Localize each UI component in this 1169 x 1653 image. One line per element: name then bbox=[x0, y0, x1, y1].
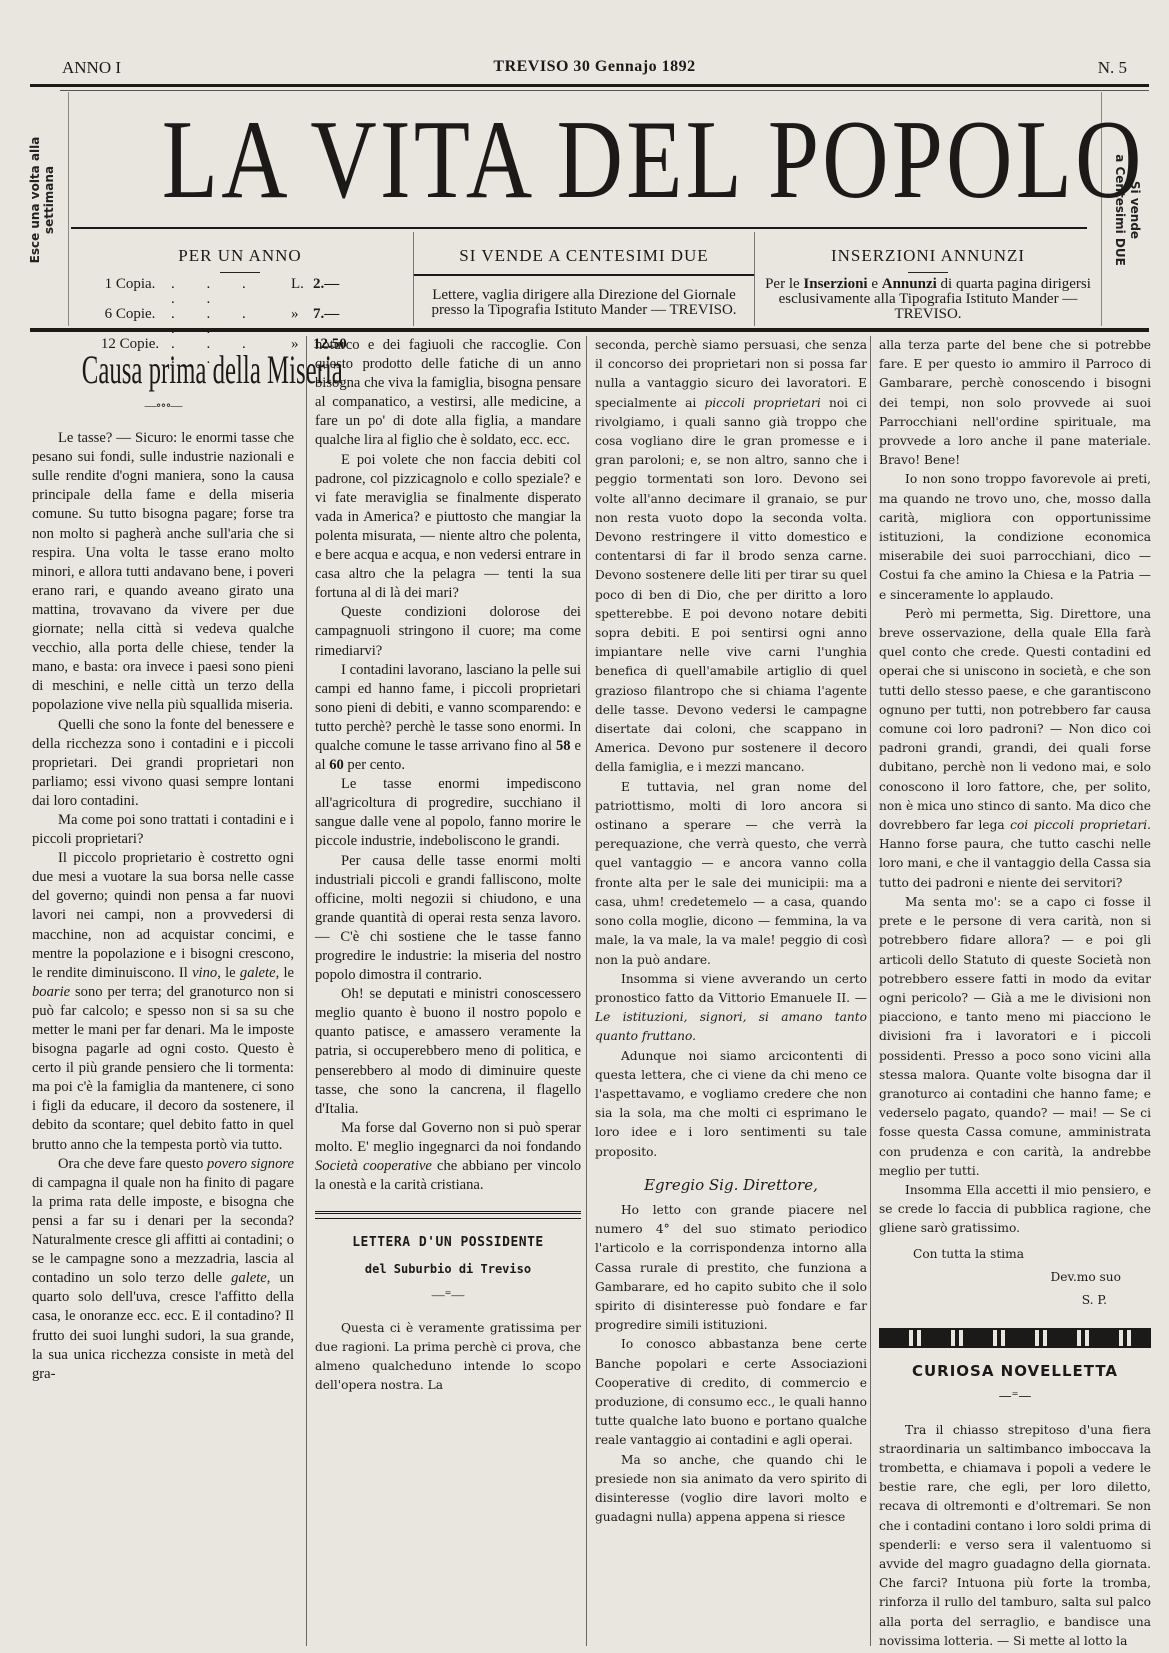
ornament-rule bbox=[220, 272, 260, 273]
paragraph: noturco e dei fagiuoli che raccoglie. Co… bbox=[315, 336, 581, 451]
paragraph: Insomma Ella accetti il mio pensiero, e … bbox=[879, 1181, 1151, 1239]
paragraph: Io non sono troppo favorevole ai preti, … bbox=[879, 470, 1151, 604]
paragraph: Tra il chiasso strepitoso d'una fiera st… bbox=[879, 1421, 1151, 1651]
ornament: —⁼— bbox=[879, 1387, 1151, 1406]
subscription-heading: PER UN ANNO bbox=[69, 246, 411, 266]
paragraph: Ma forse dal Governo non si può sperar m… bbox=[315, 1119, 581, 1195]
masthead-bottom-rule bbox=[30, 328, 1149, 332]
letter-subtitle: del Suburbio di Treviso bbox=[315, 1260, 581, 1279]
paragraph: E poi volete che non faccia debiti col p… bbox=[315, 451, 581, 604]
paragraph: Ma so anche, che quando chi le presiede … bbox=[595, 1451, 867, 1528]
column-2: noturco e dei fagiuoli che raccoglie. Co… bbox=[306, 336, 581, 1646]
masthead-rule bbox=[71, 227, 1087, 229]
section-divider bbox=[315, 1211, 581, 1219]
signature-line: Dev.mo suo bbox=[879, 1268, 1151, 1287]
newspaper-page: ANNO I TREVISO 30 Gennajo 1892 N. 5 Esce… bbox=[0, 0, 1169, 1653]
paragraph: Però mi permetta, Sig. Direttore, una br… bbox=[879, 605, 1151, 893]
salutation: Egregio Sig. Direttore, bbox=[595, 1176, 867, 1195]
paragraph: Questa ci è veramente gratissima per due… bbox=[315, 1319, 581, 1395]
paragraph: Le tasse? — Sicuro: le enormi tasse che … bbox=[32, 429, 294, 715]
subscription-box: PER UN ANNO 1 Copia. . . . . . L. 2.— 6 … bbox=[69, 232, 411, 326]
letter-title: LETTERA D'UN POSSIDENTE bbox=[315, 1233, 581, 1252]
article-title: Causa prima della Miseria bbox=[82, 348, 244, 392]
top-rule bbox=[30, 84, 1149, 87]
issue-number: N. 5 bbox=[1098, 58, 1127, 78]
masthead: LA VITA DEL POPOLO PER UN ANNO 1 Copia. … bbox=[68, 92, 1102, 326]
price-row: 1 Copia. . . . . . L. 2.— bbox=[69, 277, 411, 307]
paragraph: Oh! se deputati e ministri conoscessero … bbox=[315, 985, 581, 1119]
closing: Con tutta la stima bbox=[879, 1245, 1151, 1264]
column-3: seconda, perchè siamo persuasi, che senz… bbox=[586, 336, 867, 1646]
paragraph: Ma come poi sono trattati i contadini e … bbox=[32, 811, 294, 849]
column-4: alla terza parte del bene che si potrebb… bbox=[870, 336, 1151, 1646]
top-rule-thin bbox=[60, 90, 1149, 91]
sale-heading: SI VENDE A CENTESIMI DUE bbox=[414, 246, 754, 276]
paragraph: E tuttavia, nel gran nome del patriottis… bbox=[595, 778, 867, 970]
paragraph: Ho letto con grande piacere nel numero 4… bbox=[595, 1201, 867, 1335]
sale-text: Lettere, vaglia dirigere alla Direzione … bbox=[414, 288, 754, 318]
sale-box: SI VENDE A CENTESIMI DUE Lettere, vaglia… bbox=[413, 232, 755, 326]
newspaper-title: LA VITA DEL POPOLO bbox=[162, 100, 1008, 220]
story-title: CURIOSA NOVELLETTA bbox=[879, 1362, 1151, 1381]
dateline: TREVISO 30 Gennajo 1892 bbox=[60, 58, 1129, 76]
ornament: —∘∘∘— bbox=[32, 396, 294, 415]
paragraph: Ma senta mo': se a capo ci fosse il pret… bbox=[879, 893, 1151, 1181]
paragraph: seconda, perchè siamo persuasi, che senz… bbox=[595, 336, 867, 778]
column-1: Causa prima della Miseria —∘∘∘— Le tasse… bbox=[32, 336, 294, 1646]
paragraph: Quelli che sono la fonte del benessere e… bbox=[32, 716, 294, 811]
dateline-bar: ANNO I TREVISO 30 Gennajo 1892 N. 5 bbox=[60, 58, 1129, 82]
ornament-rule bbox=[908, 272, 948, 273]
paragraph: Ora che deve fare questo povero signore … bbox=[32, 1155, 294, 1384]
paragraph: Il piccolo proprietario è costretto ogni… bbox=[32, 849, 294, 1155]
signature-initials: S. P. bbox=[879, 1291, 1151, 1310]
paragraph: Io conosco abbastanza bene certe Banche … bbox=[595, 1335, 867, 1450]
ornament: —⁼— bbox=[315, 1285, 581, 1304]
paragraph: Adunque noi siamo arcicontenti di questa… bbox=[595, 1047, 867, 1162]
ads-box: INSERZIONI ANNUNZI Per le Inserzioni e A… bbox=[755, 232, 1101, 326]
ads-heading: INSERZIONI ANNUNZI bbox=[755, 246, 1101, 266]
decorative-divider bbox=[879, 1328, 1151, 1348]
paragraph: alla terza parte del bene che si potrebb… bbox=[879, 336, 1151, 470]
paragraph: Le tasse enormi impediscono all'agricolt… bbox=[315, 775, 581, 851]
price-row: 6 Copie. . . . . . » 7.— bbox=[69, 307, 411, 337]
ads-text: Per le Inserzioni e Annunzi di quarta pa… bbox=[755, 277, 1101, 322]
paragraph: Queste condizioni dolorose dei campagnuo… bbox=[315, 603, 581, 660]
side-note-left: Esce una volta alla settimana bbox=[28, 90, 56, 310]
paragraph: Per causa delle tasse enormi molti indus… bbox=[315, 852, 581, 986]
paragraph: Insomma si viene avverando un certo pron… bbox=[595, 970, 867, 1047]
paragraph: I contadini lavorano, lasciano la pelle … bbox=[315, 661, 581, 776]
